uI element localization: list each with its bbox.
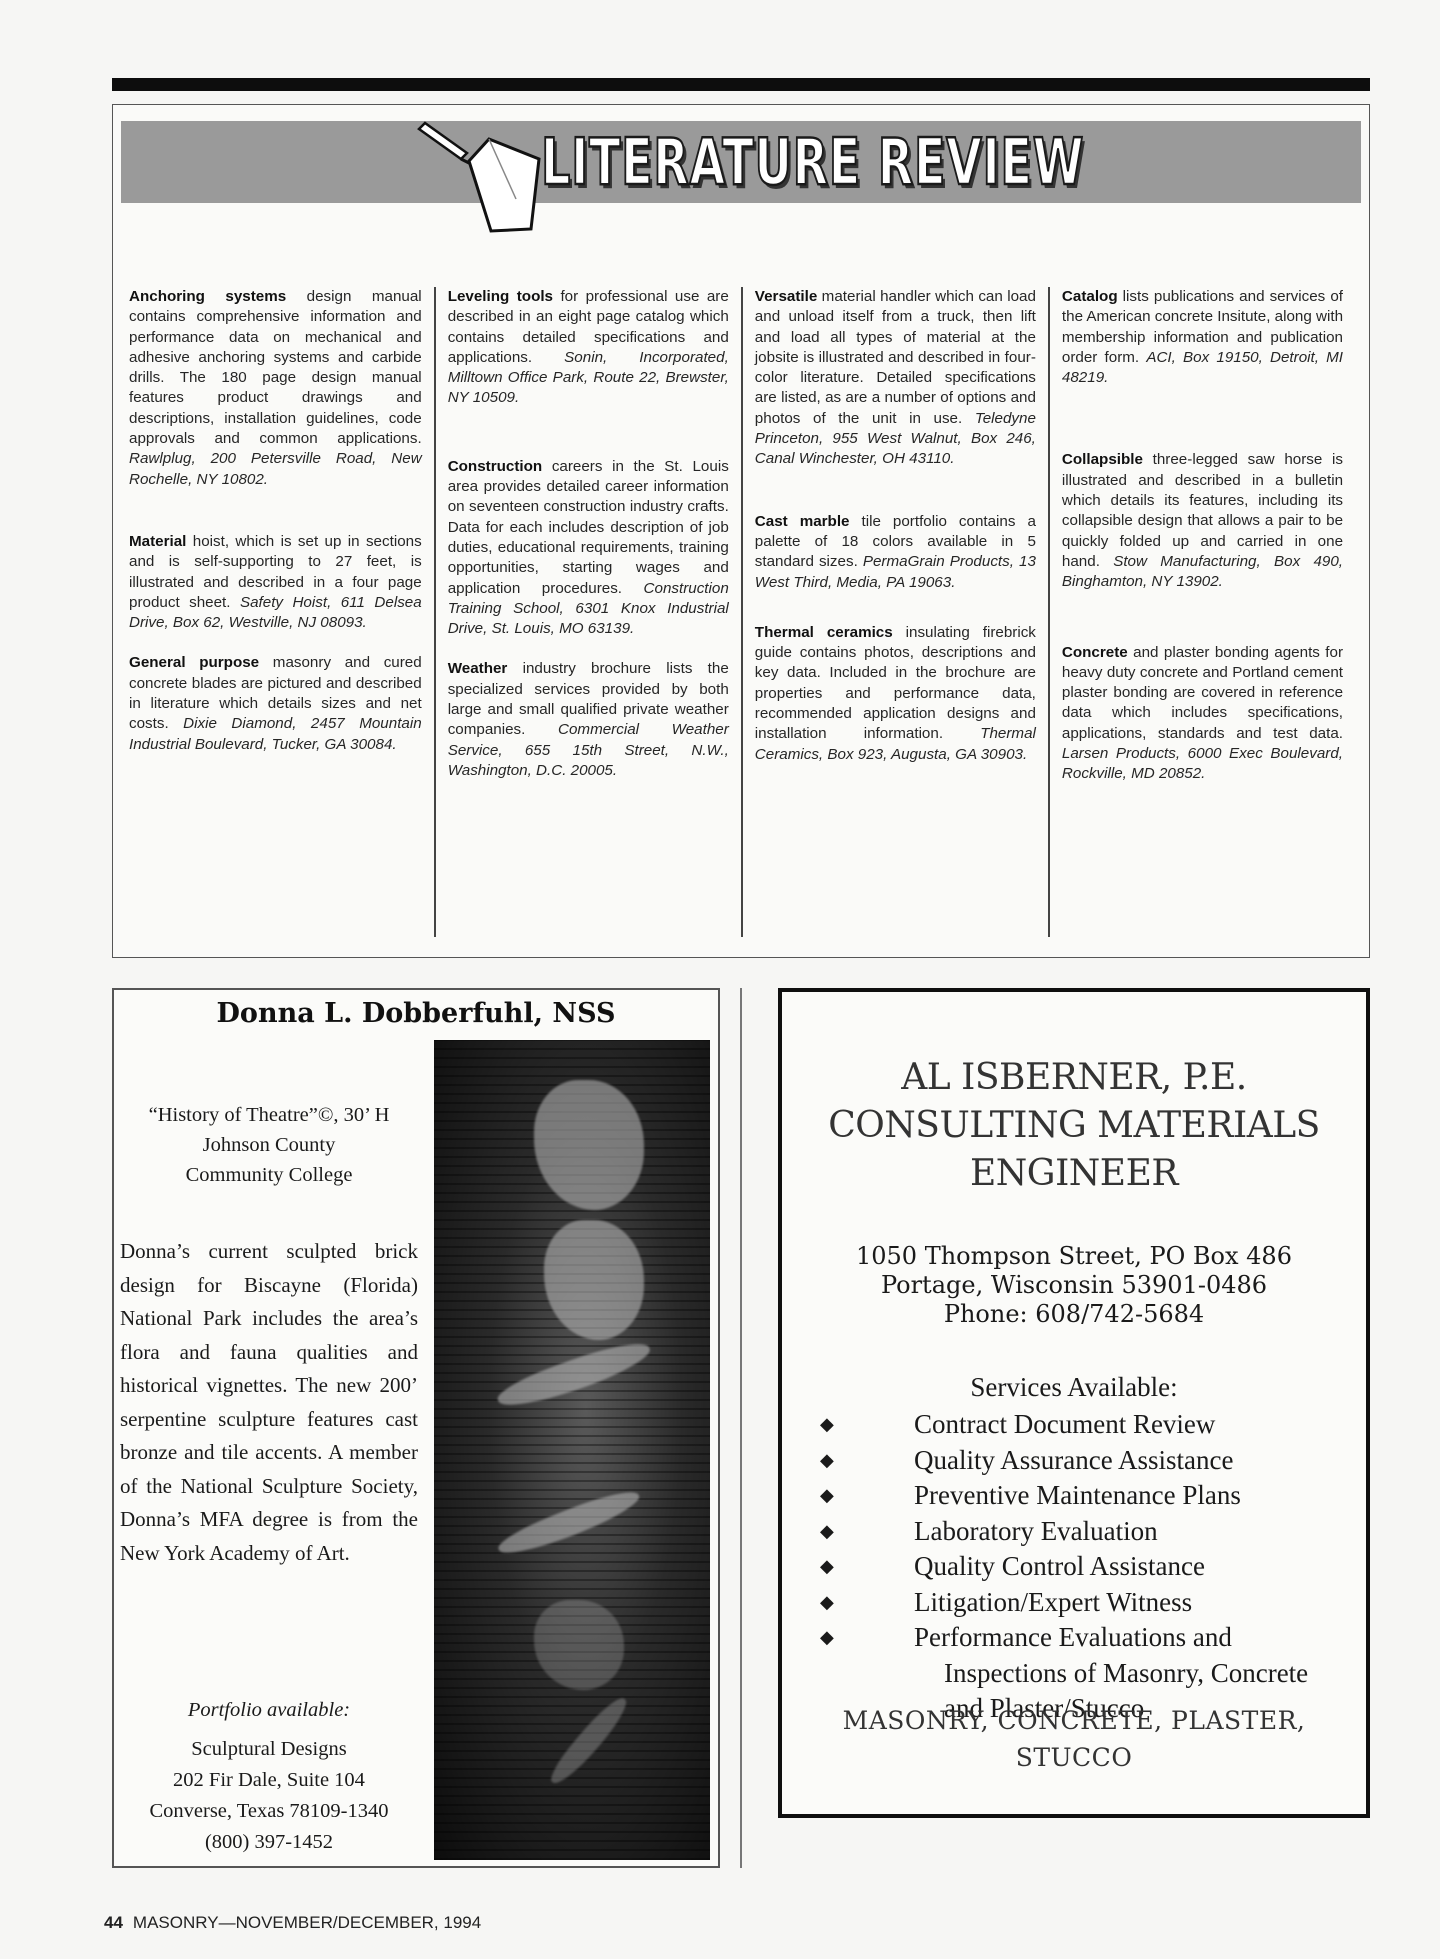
page-number: 44 [104, 1913, 123, 1932]
heading-line: CONSULTING MATERIALS [782, 1102, 1366, 1150]
service-label: Quality Assurance Assistance [914, 1445, 1233, 1475]
entry-body: careers in the St. Louis area provides d… [448, 458, 729, 597]
entry-lead: Cast marble [755, 513, 850, 530]
contact-line: 202 Fir Dale, Suite 104 [114, 1765, 424, 1796]
ad-footer-tagline: MASONRY, CONCRETE, PLASTER, STUCCO [782, 1702, 1366, 1776]
literature-column-2: Leveling tools for professional use are … [434, 287, 741, 937]
service-label: Quality Control Assistance [914, 1551, 1205, 1581]
sculptor-advertisement: Donna L. Dobberfuhl, NSS “History of The… [112, 988, 720, 1868]
services-list: ◆Contract Document Review ◆Quality Assur… [818, 1407, 1308, 1727]
heading-line: ENGINEER [782, 1150, 1366, 1198]
phone-line: Phone: 608/742-5684 [782, 1300, 1366, 1329]
entry-lead: Material [129, 533, 186, 550]
tagline-line: STUCCO [782, 1739, 1366, 1776]
literature-columns: Anchoring systems design manual contains… [127, 287, 1355, 937]
caption-line: Community College [114, 1160, 424, 1190]
top-rule [112, 78, 1370, 91]
diamond-bullet-icon: ◆ [820, 1514, 834, 1550]
entry-address: Larsen Products, 6000 Exec Boulevard, Ro… [1062, 745, 1343, 782]
literature-entry: Weather industry brochure lists the spec… [448, 659, 729, 781]
caption-line: Johnson County [114, 1130, 424, 1160]
literature-entry: Material hoist, which is set up in secti… [129, 532, 422, 633]
entry-lead: Catalog [1062, 288, 1118, 305]
literature-column-3: Versatile material handler which can loa… [741, 287, 1048, 937]
service-label: Performance Evaluations and [914, 1622, 1232, 1652]
entry-lead: Construction [448, 458, 543, 475]
services-title: Services Available: [782, 1372, 1366, 1403]
engineer-advertisement: AL ISBERNER, P.E. CONSULTING MATERIALS E… [778, 988, 1370, 1818]
literature-entry: Anchoring systems design manual contains… [129, 287, 422, 490]
entry-body: design manual contains comprehensive inf… [129, 288, 422, 447]
literature-entry: Cast marble tile portfolio contains a pa… [755, 512, 1036, 593]
entry-body: material handler which can load and unlo… [755, 288, 1036, 427]
portfolio-label: Portfolio available: [114, 1695, 424, 1726]
contact-line: Converse, Texas 78109-1340 [114, 1796, 424, 1827]
literature-entry: Versatile material handler which can loa… [755, 287, 1036, 470]
service-label: Laboratory Evaluation [914, 1516, 1158, 1546]
service-item: ◆Quality Control Assistance [818, 1549, 1308, 1585]
diamond-bullet-icon: ◆ [820, 1549, 834, 1585]
literature-entry: General purpose masonry and cured concre… [129, 653, 422, 754]
entry-lead: Concrete [1062, 644, 1128, 661]
ad-body: Donna’s current sculpted brick design fo… [120, 1235, 418, 1570]
entry-lead: Versatile [755, 288, 818, 305]
service-label: Litigation/Expert Witness [914, 1587, 1192, 1617]
address-line: Portage, Wisconsin 53901-0486 [782, 1271, 1366, 1300]
entry-lead: General purpose [129, 654, 259, 671]
tagline-line: MASONRY, CONCRETE, PLASTER, [782, 1702, 1366, 1739]
service-item: ◆Quality Assurance Assistance [818, 1443, 1308, 1479]
service-label: Preventive Maintenance Plans [914, 1480, 1241, 1510]
contact-line: Sculptural Designs [114, 1734, 424, 1765]
service-item: ◆Preventive Maintenance Plans [818, 1478, 1308, 1514]
artwork-caption: “History of Theatre”©, 30’ H Johnson Cou… [114, 1100, 424, 1190]
entry-lead: Collapsible [1062, 451, 1143, 468]
heading-line: AL ISBERNER, P.E. [782, 1054, 1366, 1102]
literature-column-1: Anchoring systems design manual contains… [127, 287, 434, 937]
entry-lead: Leveling tools [448, 288, 553, 305]
service-label: Contract Document Review [914, 1409, 1215, 1439]
ad-title: Donna L. Dobberfuhl, NSS [114, 998, 718, 1029]
diamond-bullet-icon: ◆ [820, 1478, 834, 1514]
publication-line: MASONRY—NOVEMBER/DECEMBER, 1994 [133, 1913, 481, 1932]
entry-lead: Weather [448, 660, 508, 677]
literature-column-4: Catalog lists publications and services … [1048, 287, 1355, 937]
literature-review-section: LITERATURE REVIEW Anchoring systems desi… [112, 104, 1370, 958]
entry-lead: Thermal ceramics [755, 624, 893, 641]
portfolio-contact: Portfolio available: Sculptural Designs … [114, 1695, 424, 1858]
service-item: ◆Litigation/Expert Witness [818, 1585, 1308, 1621]
address-line: 1050 Thompson Street, PO Box 486 [782, 1242, 1366, 1271]
service-item: ◆Contract Document Review [818, 1407, 1308, 1443]
literature-entry: Collapsible three-legged saw horse is il… [1062, 450, 1343, 592]
contact-line: (800) 397-1452 [114, 1827, 424, 1858]
diamond-bullet-icon: ◆ [820, 1585, 834, 1621]
service-item: ◆Laboratory Evaluation [818, 1514, 1308, 1550]
diamond-bullet-icon: ◆ [820, 1443, 834, 1479]
service-continuation: Inspections of Masonry, Concrete [914, 1656, 1308, 1692]
literature-entry: Concrete and plaster bonding agents for … [1062, 643, 1343, 785]
literature-entry: Catalog lists publications and services … [1062, 287, 1343, 388]
literature-entry: Thermal ceramics insulating firebrick gu… [755, 623, 1036, 765]
entry-address: Rawlplug, 200 Petersville Road, New Roch… [129, 450, 422, 487]
entry-lead: Anchoring systems [129, 288, 286, 305]
caption-line: “History of Theatre”©, 30’ H [114, 1100, 424, 1130]
trowel-icon [411, 119, 541, 239]
page-footer: 44MASONRY—NOVEMBER/DECEMBER, 1994 [104, 1913, 481, 1933]
literature-entry: Construction careers in the St. Louis ar… [448, 457, 729, 640]
diamond-bullet-icon: ◆ [820, 1407, 834, 1443]
ad-heading: AL ISBERNER, P.E. CONSULTING MATERIALS E… [782, 1054, 1366, 1198]
sculpture-photo [434, 1040, 710, 1860]
literature-review-banner: LITERATURE REVIEW [121, 121, 1361, 203]
ad-address: 1050 Thompson Street, PO Box 486 Portage… [782, 1242, 1366, 1329]
diamond-bullet-icon: ◆ [820, 1620, 834, 1656]
banner-title: LITERATURE REVIEW [541, 123, 1084, 203]
literature-entry: Leveling tools for professional use are … [448, 287, 729, 409]
column-divider [740, 988, 742, 1868]
